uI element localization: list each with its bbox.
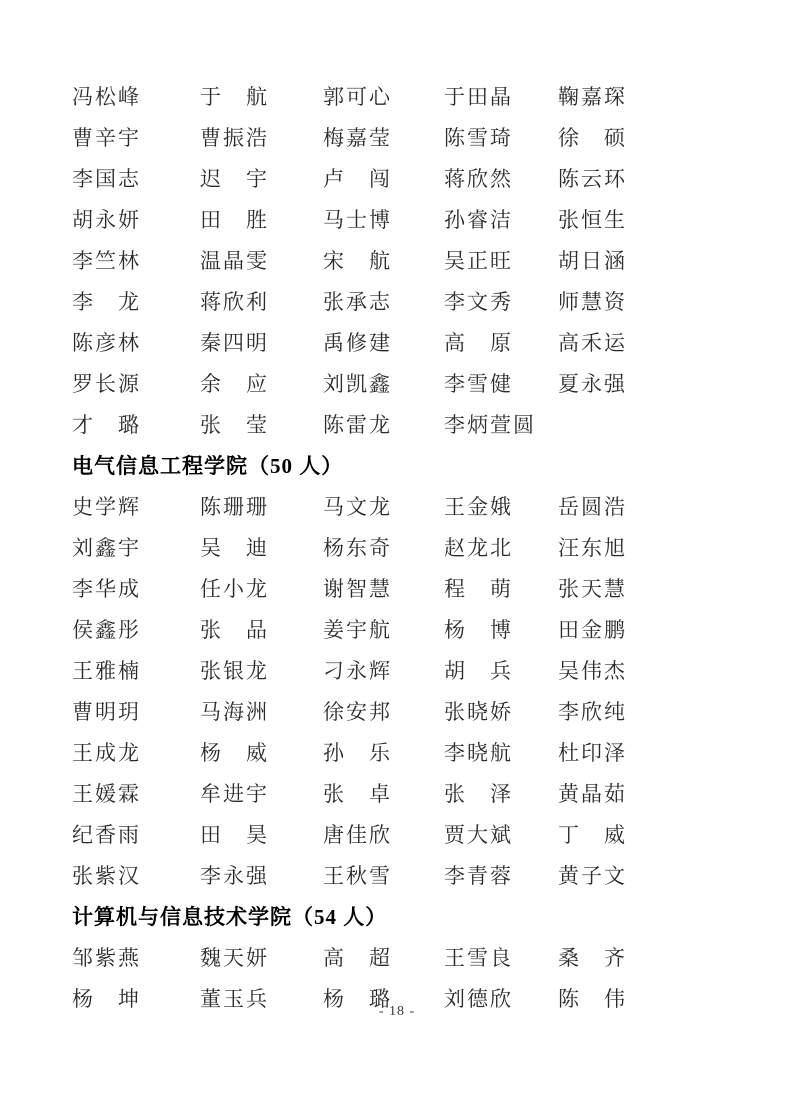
name-cell: 李文秀: [444, 282, 558, 323]
name-cell: 曹辛宇: [72, 118, 200, 159]
name-row: 李 龙蒋欣利张承志李文秀师慧资: [72, 282, 722, 323]
name-cell: 刘鑫宇: [72, 528, 200, 569]
name-cell: 张 卓: [323, 774, 444, 815]
name-cell: 张承志: [323, 282, 444, 323]
name-cell: 赵龙北: [444, 528, 558, 569]
name-row: 陈彦林秦四明禹修建高 原高禾运: [72, 323, 722, 364]
name-cell: 王媛霖: [72, 774, 200, 815]
name-cell: 王秋雪: [323, 856, 444, 897]
name-cell: 张银龙: [200, 651, 323, 692]
name-cell: 罗长源: [72, 364, 200, 405]
name-cell: 张 品: [200, 610, 323, 651]
name-cell: 余 应: [200, 364, 323, 405]
name-cell: 李炳萱圆: [444, 405, 558, 446]
name-cell: 马士博: [323, 200, 444, 241]
name-cell: 张 莹: [200, 405, 323, 446]
name-cell: 高 原: [444, 323, 558, 364]
name-cell: 桑 齐: [558, 938, 722, 979]
section-title: 计算机与信息技术学院（54 人）: [72, 897, 722, 938]
name-cell: 李永强: [200, 856, 323, 897]
name-cell: 胡日涵: [558, 241, 722, 282]
name-cell: 鞠嘉琛: [558, 77, 722, 118]
name-cell: 张 泽: [444, 774, 558, 815]
name-cell: 李青蓉: [444, 856, 558, 897]
name-cell: 陈云环: [558, 159, 722, 200]
name-row: 史学辉陈珊珊马文龙王金娥岳圆浩: [72, 487, 722, 528]
name-cell: 徐安邦: [323, 692, 444, 733]
name-cell: 刁永辉: [323, 651, 444, 692]
name-cell: 温晶雯: [200, 241, 323, 282]
name-cell: 丁 威: [558, 815, 722, 856]
name-cell: 黄晶茹: [558, 774, 722, 815]
name-cell: 李竺林: [72, 241, 200, 282]
name-cell: 宋 航: [323, 241, 444, 282]
name-row: 邹紫燕魏天妍高 超王雪良桑 齐: [72, 938, 722, 979]
name-cell: 张晓娇: [444, 692, 558, 733]
name-row: 王媛霖牟进宇张 卓张 泽黄晶茹: [72, 774, 722, 815]
name-cell: 侯鑫彤: [72, 610, 200, 651]
name-row: 曹明玥马海洲徐安邦张晓娇李欣纯: [72, 692, 722, 733]
name-cell: 王金娥: [444, 487, 558, 528]
name-cell: 才 璐: [72, 405, 200, 446]
name-cell: 曹振浩: [200, 118, 323, 159]
name-row: 李竺林温晶雯宋 航吴正旺胡日涵: [72, 241, 722, 282]
name-cell: 张天慧: [558, 569, 722, 610]
name-cell: 田 胜: [200, 200, 323, 241]
name-cell: 吴正旺: [444, 241, 558, 282]
name-cell: 魏天妍: [200, 938, 323, 979]
name-cell: 王成龙: [72, 733, 200, 774]
name-cell: 陈雪琦: [444, 118, 558, 159]
name-cell: 蒋欣然: [444, 159, 558, 200]
name-cell: 汪东旭: [558, 528, 722, 569]
name-cell: 蒋欣利: [200, 282, 323, 323]
name-cell: 牟进宇: [200, 774, 323, 815]
name-cell: 马海洲: [200, 692, 323, 733]
name-cell: 杜印泽: [558, 733, 722, 774]
name-cell: 马文龙: [323, 487, 444, 528]
name-cell: 禹修建: [323, 323, 444, 364]
name-cell: 迟 宇: [200, 159, 323, 200]
name-cell: 杨东奇: [323, 528, 444, 569]
name-row: 李国志迟 宇卢 闯蒋欣然陈云环: [72, 159, 722, 200]
name-cell: 任小龙: [200, 569, 323, 610]
name-cell: [558, 405, 722, 446]
name-cell: 梅嘉莹: [323, 118, 444, 159]
name-cell: 陈彦林: [72, 323, 200, 364]
name-row: 侯鑫彤张 品姜宇航杨 博田金鹏: [72, 610, 722, 651]
name-row: 王成龙杨 威孙 乐李晓航杜印泽: [72, 733, 722, 774]
name-cell: 吴伟杰: [558, 651, 722, 692]
page-number: - 18 -: [0, 1004, 794, 1020]
name-row: 胡永妍田 胜马士博孙睿洁张恒生: [72, 200, 722, 241]
name-cell: 史学辉: [72, 487, 200, 528]
section-title: 电气信息工程学院（50 人）: [72, 446, 722, 487]
name-cell: 胡永妍: [72, 200, 200, 241]
name-cell: 田 昊: [200, 815, 323, 856]
name-cell: 高禾运: [558, 323, 722, 364]
name-cell: 胡 兵: [444, 651, 558, 692]
document-page: 冯松峰于 航郭可心于田晶鞠嘉琛曹辛宇曹振浩梅嘉莹陈雪琦徐 硕李国志迟 宇卢 闯蒋…: [0, 0, 794, 1093]
name-cell: 张紫汉: [72, 856, 200, 897]
name-cell: 郭可心: [323, 77, 444, 118]
name-cell: 王雪良: [444, 938, 558, 979]
name-cell: 王雅楠: [72, 651, 200, 692]
name-cell: 张恒生: [558, 200, 722, 241]
name-cell: 冯松峰: [72, 77, 200, 118]
name-cell: 邹紫燕: [72, 938, 200, 979]
name-cell: 杨 博: [444, 610, 558, 651]
name-cell: 岳圆浩: [558, 487, 722, 528]
name-cell: 孙睿洁: [444, 200, 558, 241]
name-row: 才 璐张 莹陈雷龙李炳萱圆: [72, 405, 722, 446]
name-cell: 陈雷龙: [323, 405, 444, 446]
name-cell: 李晓航: [444, 733, 558, 774]
name-cell: 贾大斌: [444, 815, 558, 856]
name-cell: 纪香雨: [72, 815, 200, 856]
name-cell: 秦四明: [200, 323, 323, 364]
name-cell: 李雪健: [444, 364, 558, 405]
name-cell: 夏永强: [558, 364, 722, 405]
name-cell: 曹明玥: [72, 692, 200, 733]
name-cell: 李国志: [72, 159, 200, 200]
name-cell: 刘凯鑫: [323, 364, 444, 405]
name-cell: 姜宇航: [323, 610, 444, 651]
name-cell: 高 超: [323, 938, 444, 979]
name-cell: 于 航: [200, 77, 323, 118]
name-cell: 于田晶: [444, 77, 558, 118]
name-cell: 程 萌: [444, 569, 558, 610]
name-row: 李华成任小龙谢智慧程 萌张天慧: [72, 569, 722, 610]
name-cell: 卢 闯: [323, 159, 444, 200]
name-cell: 陈珊珊: [200, 487, 323, 528]
name-cell: 师慧资: [558, 282, 722, 323]
name-cell: 徐 硕: [558, 118, 722, 159]
name-cell: 吴 迪: [200, 528, 323, 569]
name-row: 刘鑫宇吴 迪杨东奇赵龙北汪东旭: [72, 528, 722, 569]
name-cell: 唐佳欣: [323, 815, 444, 856]
name-cell: 李欣纯: [558, 692, 722, 733]
name-cell: 田金鹏: [558, 610, 722, 651]
name-row: 罗长源余 应刘凯鑫李雪健夏永强: [72, 364, 722, 405]
name-list: 冯松峰于 航郭可心于田晶鞠嘉琛曹辛宇曹振浩梅嘉莹陈雪琦徐 硕李国志迟 宇卢 闯蒋…: [72, 77, 722, 1020]
name-row: 张紫汉李永强王秋雪李青蓉黄子文: [72, 856, 722, 897]
name-row: 冯松峰于 航郭可心于田晶鞠嘉琛: [72, 77, 722, 118]
name-row: 曹辛宇曹振浩梅嘉莹陈雪琦徐 硕: [72, 118, 722, 159]
name-cell: 孙 乐: [323, 733, 444, 774]
name-row: 王雅楠张银龙刁永辉胡 兵吴伟杰: [72, 651, 722, 692]
name-cell: 李华成: [72, 569, 200, 610]
name-cell: 杨 威: [200, 733, 323, 774]
name-cell: 黄子文: [558, 856, 722, 897]
name-row: 纪香雨田 昊唐佳欣贾大斌丁 威: [72, 815, 722, 856]
name-cell: 李 龙: [72, 282, 200, 323]
name-cell: 谢智慧: [323, 569, 444, 610]
